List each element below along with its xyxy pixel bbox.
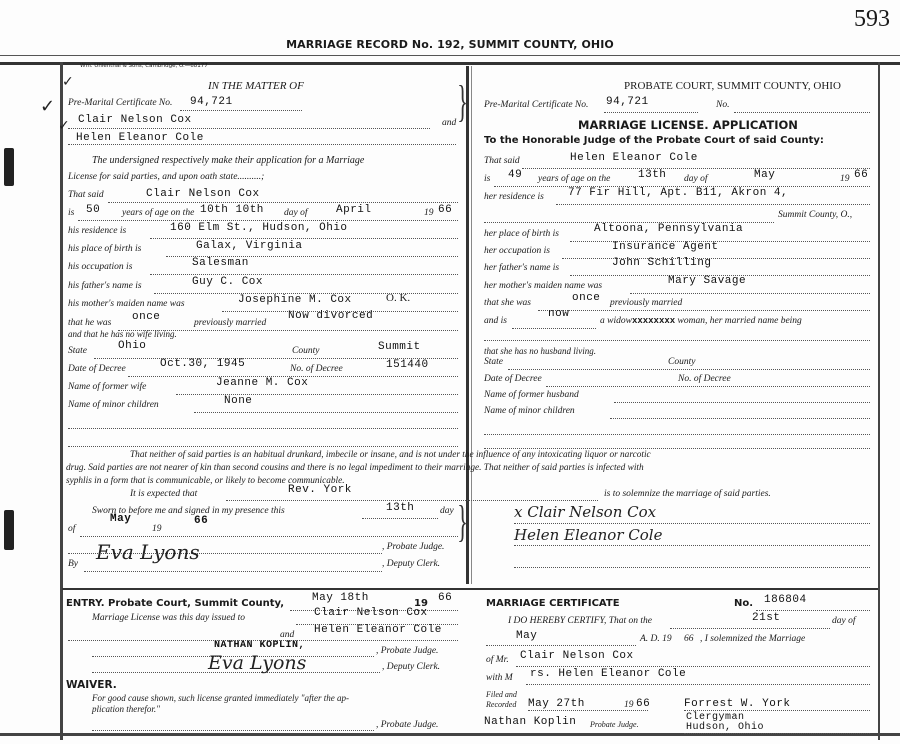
field-label: State	[484, 357, 503, 367]
field-line	[684, 710, 870, 711]
field-label: No. of Decree	[290, 364, 343, 374]
decree-date: Oct.30, 1945	[160, 358, 245, 370]
groom-year: 66	[438, 204, 452, 216]
groom-name: Clair Nelson Cox	[78, 114, 192, 126]
groom-birthplace: Galax, Virginia	[196, 240, 303, 252]
field-line	[516, 666, 870, 667]
clerk-signature: Eva Lyons	[96, 540, 200, 564]
section-divider	[62, 588, 878, 590]
field-line	[508, 369, 870, 370]
field-label: her place of birth is	[484, 229, 559, 239]
bride-father: John Schilling	[612, 257, 711, 269]
field-label: Pre-Marital Certificate No.	[68, 98, 172, 108]
certificate-bride: rs. Helen Eleanor Cole	[530, 668, 686, 680]
widow-text: a widowxxxxxxxx woman, her married name …	[600, 316, 802, 326]
field-label: It is expected that	[130, 489, 197, 499]
groom-residence: 160 Elm St., Hudson, Ohio	[170, 222, 348, 234]
field-line	[78, 220, 458, 221]
certificate-month: May	[516, 630, 537, 642]
section-heading: IN THE MATTER OF	[208, 80, 304, 92]
field-label: That said	[68, 190, 104, 200]
groom-marital-status: Now divorced	[288, 310, 373, 322]
ok-annotation: O. K.	[386, 292, 410, 304]
waiver-title: WAIVER.	[66, 679, 117, 691]
groom-mother: Josephine M. Cox	[238, 294, 352, 306]
field-label: Filed and	[486, 690, 517, 699]
certificate-number: 186804	[764, 594, 807, 606]
field-line	[614, 402, 870, 403]
bride-previous-marriages: once	[572, 292, 600, 304]
field-line	[756, 610, 870, 611]
field-label: Name of former wife	[68, 382, 146, 392]
groom-previous-marriages: once	[132, 311, 160, 323]
year-prefix: 19	[152, 524, 162, 534]
field-label: I DO HEREBY CERTIFY, That on the	[508, 616, 652, 626]
bride-occupation: Insurance Agent	[612, 241, 719, 253]
entry-date: May 18th	[312, 592, 369, 604]
field-label: , Deputy Clerk.	[382, 559, 440, 569]
field-line	[68, 428, 458, 429]
premarital-number: 94,721	[190, 96, 233, 108]
and-label: and	[280, 630, 294, 640]
binder-tab	[4, 510, 14, 550]
certificate-day: 21st	[752, 612, 780, 624]
bride-status-now: now	[548, 308, 569, 320]
recording-judge: Nathan Koplin	[484, 716, 576, 728]
field-label: Name of former husband	[484, 390, 579, 400]
field-line	[80, 536, 458, 537]
bride-day: 13th	[638, 169, 666, 181]
field-label: No.	[734, 598, 753, 609]
field-label: previously married	[194, 318, 266, 328]
waiver-text: For good cause shown, such license grant…	[92, 693, 349, 703]
field-line	[180, 110, 302, 111]
check-mark-icon: ✓	[58, 118, 70, 134]
field-label: is	[68, 208, 74, 218]
expected-officiant: Rev. York	[288, 484, 352, 496]
officiant-place: Hudson, Ohio	[686, 722, 764, 733]
field-line	[176, 394, 458, 395]
field-label: Date of Decree	[484, 374, 542, 384]
entry-groom: Clair Nelson Cox	[314, 607, 428, 619]
frame-right-border	[878, 62, 880, 740]
premarital-number: 94,721	[606, 96, 649, 108]
field-label: No.	[716, 100, 729, 110]
sworn-month: May	[110, 513, 131, 525]
field-label: That said	[484, 156, 520, 166]
field-label: his occupation is	[68, 262, 132, 272]
application-intro: License for said parties, and upon oath …	[68, 172, 264, 182]
field-label: of	[68, 524, 75, 534]
field-line	[604, 112, 698, 113]
page-number: 593	[854, 6, 890, 33]
field-label: , I solemnized the Marriage	[700, 634, 805, 644]
field-label: years of age on the	[538, 174, 610, 184]
field-label: his father's name is	[68, 281, 142, 291]
field-line	[484, 448, 870, 449]
divider	[0, 55, 900, 56]
certificate-year: 66	[684, 634, 694, 644]
entry-bride: Helen Eleanor Cole	[314, 624, 442, 636]
widow-rest: woman, her married name being	[678, 316, 802, 326]
bride-month: May	[754, 169, 775, 181]
bride-birthplace: Altoona, Pennsylvania	[594, 223, 743, 235]
bride-mother: Mary Savage	[668, 275, 746, 287]
county-line: Summit County, O.,	[778, 210, 852, 220]
bride-signature: Helen Eleanor Cole	[514, 526, 662, 544]
filed-date: May 27th	[528, 698, 585, 710]
field-label: , Probate Judge.	[382, 542, 444, 552]
field-line	[68, 128, 430, 129]
field-label: is	[484, 174, 490, 184]
field-line	[92, 730, 374, 731]
groom-signature: x Clair Nelson Cox	[514, 503, 656, 521]
field-line	[108, 202, 458, 203]
field-line	[562, 258, 870, 259]
field-line	[526, 684, 870, 685]
court-name: PROBATE COURT, SUMMIT COUNTY, OHIO	[624, 80, 841, 92]
field-line	[84, 571, 382, 572]
field-line	[484, 340, 870, 341]
field-label: his mother's maiden name was	[68, 299, 185, 309]
check-mark-icon: ✓	[40, 96, 55, 117]
field-line	[150, 274, 458, 275]
field-line	[486, 645, 636, 646]
field-line	[362, 518, 438, 519]
field-label: his place of birth is	[68, 244, 141, 254]
decree-county: Summit	[378, 341, 421, 353]
groom-day: 10th 10th	[200, 204, 264, 216]
field-label: her mother's maiden name was	[484, 281, 602, 291]
decree-state: Ohio	[118, 340, 146, 352]
field-label: previously married	[610, 298, 682, 308]
field-line	[670, 628, 830, 629]
field-line	[734, 112, 870, 113]
waiver-text: plication therefor."	[92, 704, 160, 714]
entry-year: 66	[438, 592, 452, 604]
brace: }	[457, 496, 468, 547]
field-label: that she was	[484, 298, 531, 308]
field-label: , Probate Judge.	[376, 720, 438, 730]
license-subtitle: To the Honorable Judge of the Probate Co…	[484, 135, 824, 146]
field-line	[514, 567, 870, 568]
bride-year: 66	[854, 169, 868, 181]
field-label: her occupation is	[484, 246, 550, 256]
field-line	[514, 523, 870, 524]
statement: that she has no husband living.	[484, 346, 596, 356]
bride-residence: 77 Fir Hill, Apt. B11, Akron 4,	[568, 187, 788, 199]
column-divider	[471, 66, 472, 584]
decree-number: 151440	[386, 359, 429, 371]
field-line	[546, 386, 870, 387]
field-label: that he was	[68, 318, 111, 328]
license-title: MARRIAGE LICENSE. APPLICATION	[578, 118, 798, 132]
field-label: day of	[832, 616, 855, 626]
field-label: of Mr.	[486, 655, 509, 665]
certificate-title: MARRIAGE CERTIFICATE	[486, 598, 620, 609]
statement: and that he has no wife living.	[68, 329, 177, 339]
field-label: years of age on the	[122, 208, 194, 218]
field-line	[630, 293, 870, 294]
brace: }	[457, 76, 468, 127]
clerk-signature: Eva Lyons	[208, 652, 306, 674]
minor-children: None	[224, 395, 252, 407]
field-label: with M	[486, 673, 513, 683]
groom-age: 50	[86, 204, 100, 216]
field-label: Pre-Marital Certificate No.	[484, 100, 588, 110]
field-label: , Deputy Clerk.	[382, 662, 440, 672]
application-intro: The undersigned respectively make their …	[92, 155, 364, 166]
field-line	[68, 446, 458, 447]
field-label: Date of Decree	[68, 364, 126, 374]
printer-mark: Wm. Uhlenthal & Sons, Cambridge, O.—6817…	[80, 63, 208, 69]
field-line	[512, 328, 596, 329]
field-line	[522, 168, 870, 169]
year-prefix: 19	[424, 208, 434, 218]
applicant-name: Helen Eleanor Cole	[570, 152, 698, 164]
field-label: Name of minor children	[68, 400, 159, 410]
certificate-groom: Clair Nelson Cox	[520, 650, 634, 662]
year-prefix: 19	[840, 174, 850, 184]
widow-label: a widow	[600, 316, 632, 326]
field-label: and is	[484, 316, 507, 326]
field-line	[528, 710, 648, 711]
field-label: No. of Decree	[678, 374, 731, 384]
bride-name: Helen Eleanor Cole	[76, 132, 204, 144]
groom-occupation: Salesman	[192, 257, 249, 269]
field-label: By	[68, 559, 78, 569]
binder-tab	[4, 148, 14, 186]
entry-title: ENTRY. Probate Court, Summit County,	[66, 598, 284, 609]
field-line	[684, 733, 870, 734]
struck-text: xxxxxxxx	[632, 316, 675, 326]
and-label: and	[442, 118, 456, 128]
field-label: County	[292, 346, 319, 356]
field-label: his residence is	[68, 226, 126, 236]
field-label: Probate Judge.	[590, 720, 639, 729]
field-line	[538, 310, 870, 311]
field-label: State	[68, 346, 87, 356]
bride-age: 49	[508, 169, 522, 181]
field-label: day	[440, 506, 454, 516]
field-label: day of	[284, 208, 307, 218]
filed-year: 66	[636, 698, 650, 710]
field-line	[514, 545, 870, 546]
field-label: A. D. 19	[640, 634, 672, 644]
oath-text: That neither of said parties is an habit…	[130, 450, 651, 460]
field-line	[610, 418, 870, 419]
field-line	[68, 144, 456, 145]
record-title: MARRIAGE RECORD No. 192, SUMMIT COUNTY, …	[0, 38, 900, 51]
frame-left-border	[60, 62, 63, 740]
field-line	[484, 434, 870, 435]
field-label: her residence is	[484, 192, 544, 202]
field-line	[194, 412, 458, 413]
oath-text: drug. Said parties are not nearer of kin…	[66, 463, 644, 473]
field-label: is to solemnize the marriage of said par…	[604, 489, 771, 499]
field-line	[150, 238, 458, 239]
field-label: Recorded	[486, 700, 516, 709]
groom-month: April	[336, 204, 372, 216]
field-label: Name of minor children	[484, 406, 575, 416]
field-label: her father's name is	[484, 263, 559, 273]
applicant-name: Clair Nelson Cox	[146, 188, 260, 200]
field-label: , Probate Judge.	[376, 646, 438, 656]
former-wife: Jeanne M. Cox	[216, 377, 308, 389]
judge-name: NATHAN KOPLIN,	[214, 640, 305, 651]
groom-father: Guy C. Cox	[192, 276, 263, 288]
field-label: Marriage License was this day issued to	[92, 613, 245, 623]
field-label: day of	[684, 174, 707, 184]
year-prefix: 19	[624, 700, 634, 710]
field-line	[226, 500, 598, 501]
officiant-name: Forrest W. York	[684, 698, 791, 710]
check-mark-icon: ✓	[62, 74, 74, 90]
sworn-day: 13th	[386, 502, 414, 514]
field-label: County	[668, 357, 695, 367]
field-line	[556, 204, 870, 205]
sworn-year: 66	[194, 515, 208, 527]
